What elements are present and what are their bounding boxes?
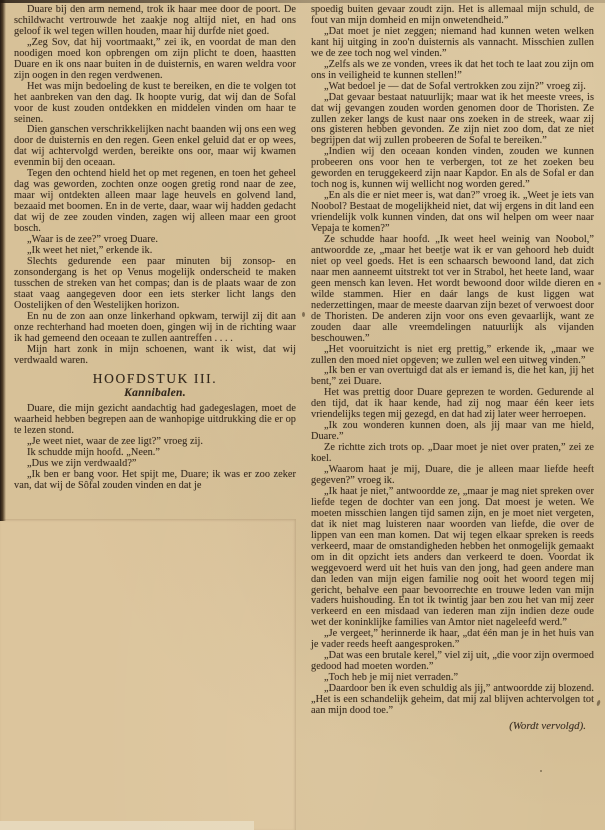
paragraph: „Indien wij den oceaan konden vinden, zo… <box>311 147 594 191</box>
scan-speck <box>596 700 601 707</box>
paragraph-continuation: spoedig buiten gevaar zoudt zijn. Het is… <box>311 5 594 27</box>
paragraph: „En als die er niet meer is, wat dan?” v… <box>311 191 594 235</box>
right-column: spoedig buiten gevaar zoudt zijn. Het is… <box>311 5 594 732</box>
paragraph: Mijn hart zonk in mijn schoenen, want ik… <box>14 345 296 367</box>
scan-edge-left <box>0 0 6 521</box>
chapter-heading: HOOFDSTUK III. <box>14 374 296 385</box>
paragraph: „Zeg Sov, dat hij voortmaakt,” zei ik, e… <box>14 38 296 82</box>
paragraph: „Dat was een brutale kerel,” viel zij ui… <box>311 651 594 673</box>
paragraph: „Je vergeet,” herinnerde ik haar, „dat é… <box>311 629 594 651</box>
paragraph: „Zelfs als we ze vonden, vrees ik dat he… <box>311 60 594 82</box>
paragraph: Slechts gedurende een paar minuten bij z… <box>14 257 296 312</box>
scan-speck <box>302 312 305 317</box>
paragraph: „Het vooruitzicht is niet erg prettig,” … <box>311 345 594 367</box>
left-column: Duare bij den arm nemend, trok ik haar m… <box>14 5 296 492</box>
paragraph: En nu de zon aan onze linkerhand opkwam,… <box>14 312 296 345</box>
scan-speck <box>540 770 542 772</box>
chapter-subheading: Kannibalen. <box>14 388 296 399</box>
paragraph: Tegen den ochtend hield het op met regen… <box>14 169 296 235</box>
scan-edge-top <box>0 0 605 3</box>
paragraph: Duare, die mijn gezicht aandachtig had g… <box>14 404 296 437</box>
scanned-magazine-page: Duare bij den arm nemend, trok ik haar m… <box>0 0 605 830</box>
paragraph: „Dat gevaar bestaat natuurlijk; maar wat… <box>311 93 594 148</box>
paragraph: Het was prettig door Duare geprezen te w… <box>311 388 594 421</box>
paragraph: „Dat moet je niet zeggen; niemand had ku… <box>311 27 594 60</box>
blank-paper-area <box>0 519 296 830</box>
paragraph: „Wat bedoel je — dat de Sofal vertrokken… <box>311 82 594 93</box>
paragraph: Ze schudde haar hoofd. „Ik weet heel wei… <box>311 235 594 345</box>
paragraph: Duare bij den arm nemend, trok ik haar m… <box>14 5 296 38</box>
paragraph: Het was mijn bedoeling de kust te bereik… <box>14 82 296 126</box>
continuation-note: (Wordt vervolgd). <box>311 721 586 732</box>
blank-paper-strip <box>0 821 254 830</box>
paragraph: Ze richtte zich trots op. „Daar moet je … <box>311 443 594 465</box>
scan-speck <box>598 282 601 285</box>
paragraph: „Ik ben er van overtuigd dat als er iema… <box>311 366 594 388</box>
paragraph: „Ik zou wonderen kunnen doen, als jij ma… <box>311 421 594 443</box>
paragraph: Dien ganschen verschrikkelijken nacht ba… <box>14 125 296 169</box>
paragraph: „Ik haat je niet,” antwoordde ze, „maar … <box>311 487 594 629</box>
paragraph: „Daardoor ben ik even schuldig als jij,”… <box>311 684 594 717</box>
paragraph: „Waarom haat je mij, Duare, die je allee… <box>311 465 594 487</box>
paragraph: „Ik ben er bang voor. Het spijt me, Duar… <box>14 470 296 492</box>
